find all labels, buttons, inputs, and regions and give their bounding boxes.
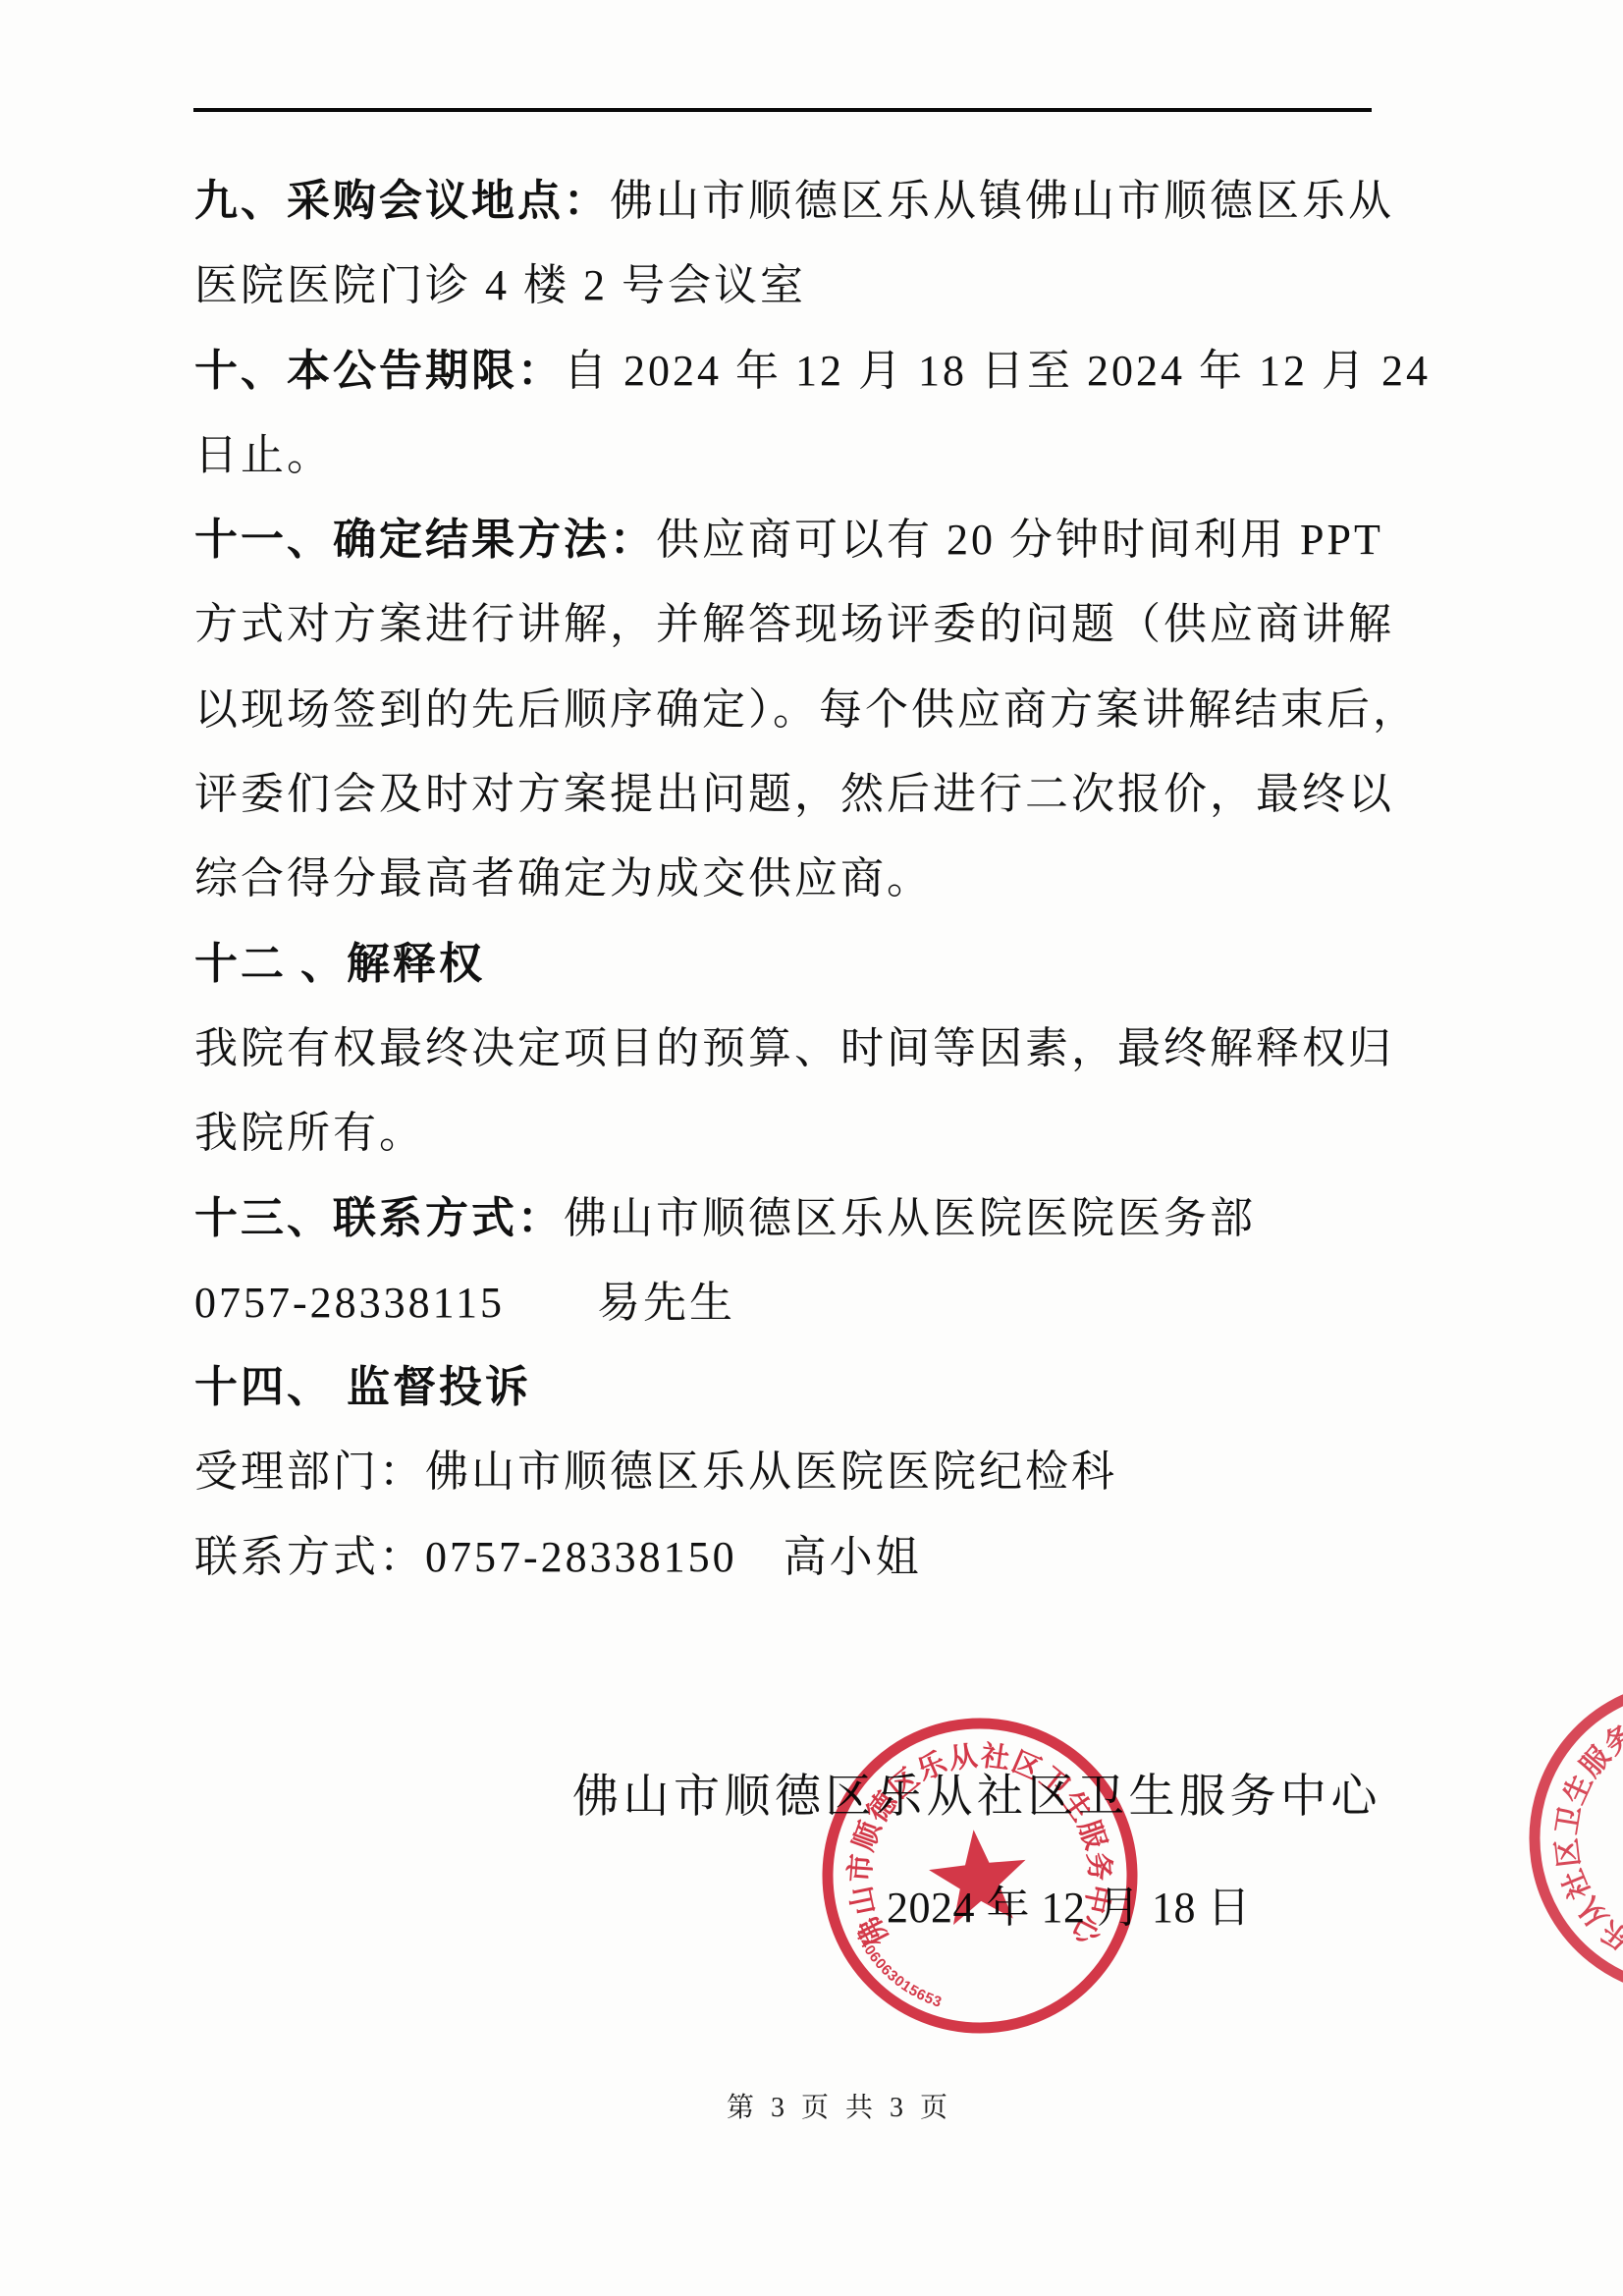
paragraph-label: 十三、联系方式： bbox=[194, 1194, 564, 1242]
paragraph-text: 供应商可以有 20 分钟时间利用 PPT bbox=[656, 516, 1383, 564]
announcement-body: 九、采购会议地点：佛山市顺德区乐从镇佛山市顺德区乐从 医院医院门诊 4 楼 2 … bbox=[194, 159, 1412, 1600]
paragraph-text: 方式对方案进行讲解，并解答现场评委的问题（供应商讲解 bbox=[194, 600, 1394, 648]
paragraph-line: 九、采购会议地点：佛山市顺德区乐从镇佛山市顺德区乐从 bbox=[194, 159, 1412, 244]
paragraph-line: 十四、 监督投诉 bbox=[194, 1345, 1412, 1430]
paragraph-line: 受理部门：佛山市顺德区乐从医院医院纪检科 bbox=[194, 1430, 1412, 1514]
official-seal: 佛山市顺德区乐从社区卫生服务中心 4406063015653 bbox=[818, 1714, 1142, 2038]
document-page: 九、采购会议地点：佛山市顺德区乐从镇佛山市顺德区乐从 医院医院门诊 4 楼 2 … bbox=[0, 0, 1623, 2296]
paragraph-text: 联系方式：0757-28338150 高小姐 bbox=[194, 1533, 922, 1581]
paragraph-line: 十二 、解释权 bbox=[194, 922, 1412, 1007]
paragraph-label: 十二 、解释权 bbox=[194, 940, 485, 988]
paragraph-line: 我院所有。 bbox=[194, 1091, 1412, 1175]
paragraph-text: 0757-28338115 易先生 bbox=[194, 1279, 735, 1327]
paragraph-text: 我院有权最终决定项目的预算、时间等因素，最终解释权归 bbox=[194, 1024, 1394, 1072]
paragraph-text: 自 2024 年 12 月 18 日至 2024 年 12 月 24 bbox=[564, 347, 1431, 395]
paragraph-label: 九、采购会议地点： bbox=[194, 177, 610, 225]
paragraph-text: 医院医院门诊 4 楼 2 号会议室 bbox=[194, 261, 806, 309]
paragraph-line: 医院医院门诊 4 楼 2 号会议室 bbox=[194, 244, 1412, 328]
page-number-footer: 第 3 页 共 3 页 bbox=[727, 2086, 952, 2125]
paragraph-line: 十、本公告期限：自 2024 年 12 月 18 日至 2024 年 12 月 … bbox=[194, 329, 1412, 413]
paragraph-line: 以现场签到的先后顺序确定）。每个供应商方案讲解结束后， bbox=[194, 668, 1412, 752]
paragraph-line: 我院有权最终决定项目的预算、时间等因素，最终解释权归 bbox=[194, 1007, 1412, 1091]
paragraph-line: 日止。 bbox=[194, 413, 1412, 498]
paragraph-text: 评委们会及时对方案提出问题，然后进行二次报价，最终以 bbox=[194, 770, 1394, 818]
partial-seal-right-edge: 佛山市顺德区乐从社区卫生服务中心 bbox=[1525, 1676, 1623, 2000]
paragraph-label: 十一、确定结果方法： bbox=[194, 516, 656, 564]
paragraph-text: 我院所有。 bbox=[194, 1109, 425, 1157]
paragraph-text: 综合得分最高者确定为成交供应商。 bbox=[194, 854, 933, 902]
paragraph-line: 0757-28338115 易先生 bbox=[194, 1261, 1412, 1345]
paragraph-text: 佛山市顺德区乐从镇佛山市顺德区乐从 bbox=[610, 177, 1394, 225]
paragraph-line: 方式对方案进行讲解，并解答现场评委的问题（供应商讲解 bbox=[194, 582, 1412, 667]
paragraph-text: 受理部门：佛山市顺德区乐从医院医院纪检科 bbox=[194, 1448, 1117, 1496]
paragraph-line: 综合得分最高者确定为成交供应商。 bbox=[194, 837, 1412, 921]
paragraph-label: 十四、 监督投诉 bbox=[194, 1363, 531, 1411]
paragraph-text: 日止。 bbox=[194, 431, 333, 479]
paragraph-line: 联系方式：0757-28338150 高小姐 bbox=[194, 1515, 1412, 1600]
seal-star-icon bbox=[925, 1825, 1031, 1927]
paragraph-label: 十、本公告期限： bbox=[194, 347, 564, 395]
paragraph-line: 十一、确定结果方法：供应商可以有 20 分钟时间利用 PPT bbox=[194, 498, 1412, 582]
paragraph-text: 以现场签到的先后顺序确定）。每个供应商方案讲解结束后， bbox=[194, 685, 1419, 734]
paragraph-text: 佛山市顺德区乐从医院医院医务部 bbox=[564, 1194, 1256, 1242]
header-rule bbox=[193, 108, 1372, 112]
paragraph-line: 十三、联系方式：佛山市顺德区乐从医院医院医务部 bbox=[194, 1176, 1412, 1261]
paragraph-line: 评委们会及时对方案提出问题，然后进行二次报价，最终以 bbox=[194, 752, 1412, 837]
